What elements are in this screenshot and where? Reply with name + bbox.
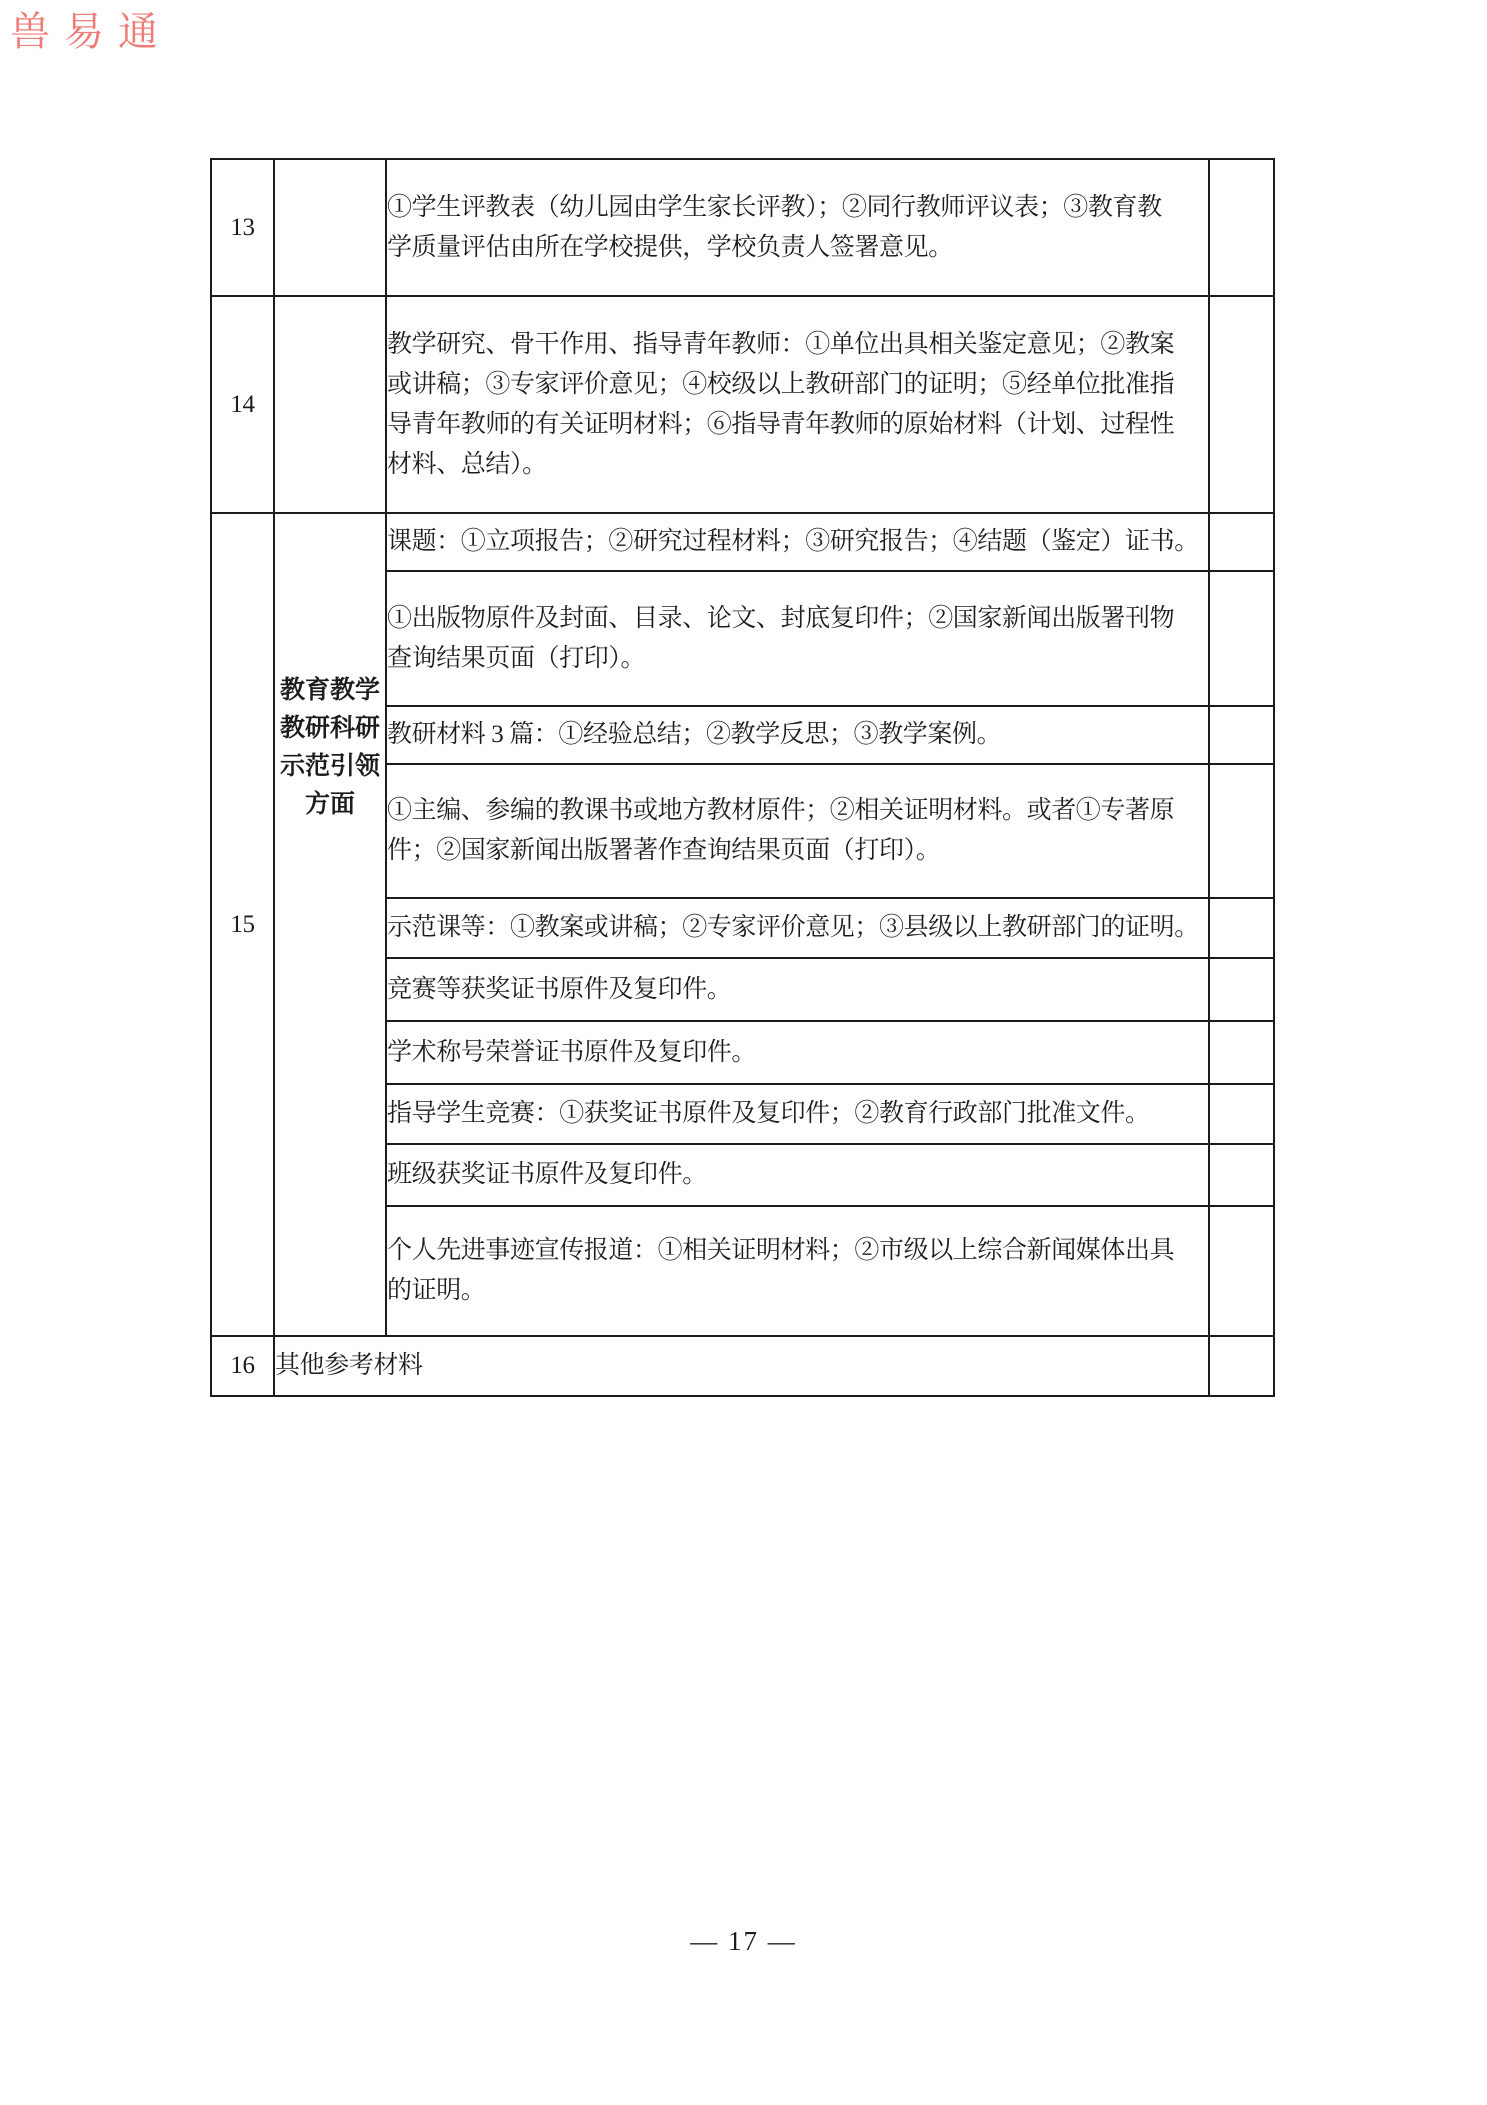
row-15-index: 15 (211, 513, 274, 1336)
row-13-materials-cell: ①学生评教表（幼儿园由学生家长评教）；②同行教师评议表；③教育教 学质量评估由所… (386, 159, 1209, 296)
row-14-category-cell-empty (274, 296, 386, 513)
row-15-item-6-cell: 竞赛等获奖证书原件及复印件。 (386, 958, 1209, 1021)
row-15-item-1-text: 课题：①立项报告；②研究过程材料；③研究报告；④结题（鉴定）证书。 (387, 522, 1208, 562)
table-row-16: 16 其他参考材料 (211, 1336, 1274, 1396)
row-13-category-cell-empty (274, 159, 386, 296)
row-13-check-cell-empty (1209, 159, 1274, 296)
row-15-item-9-text: 班级获奖证书原件及复印件。 (387, 1155, 1208, 1195)
row-15-item-1-check-cell-empty (1209, 513, 1274, 571)
table-row-14: 14 教学研究、骨干作用、指导青年教师：①单位出具相关鉴定意见；②教案 或讲稿；… (211, 296, 1274, 513)
row-15-category-label: 教育教学 教研科研 示范引领 方面 (275, 672, 385, 824)
row-15-item-2-check-cell-empty (1209, 571, 1274, 706)
row-15-item-5-text: 示范课等：①教案或讲稿；②专家评价意见；③县级以上教研部门的证明。 (387, 908, 1208, 948)
document-page: 兽易通 13 ①学生评教表（幼儿园由学生家长评教）；②同行教师评议表；③教育教 … (0, 0, 1487, 2105)
row-15-item-5-check-cell-empty (1209, 898, 1274, 958)
row-15-item-8-text: 指导学生竞赛：①获奖证书原件及复印件；②教育行政部门批准文件。 (387, 1094, 1208, 1134)
row-15-item-10-cell: 个人先进事迹宣传报道：①相关证明材料；②市级以上综合新闻媒体出具 的证明。 (386, 1206, 1209, 1336)
row-15-item-10-check-cell-empty (1209, 1206, 1274, 1336)
row-16-index: 16 (211, 1336, 274, 1396)
row-15-item-2-text: ①出版物原件及封面、目录、论文、封底复印件；②国家新闻出版署刊物 查询结果页面（… (387, 599, 1208, 679)
row-15-item-3-cell: 教研材料 3 篇：①经验总结；②教学反思；③教学案例。 (386, 706, 1209, 764)
row-14-index: 14 (211, 296, 274, 513)
row-15-item-1-cell: 课题：①立项报告；②研究过程材料；③研究报告；④结题（鉴定）证书。 (386, 513, 1209, 571)
table-row-13: 13 ①学生评教表（幼儿园由学生家长评教）；②同行教师评议表；③教育教 学质量评… (211, 159, 1274, 296)
row-15-item-8-check-cell-empty (1209, 1084, 1274, 1144)
row-15-item-6-text: 竞赛等获奖证书原件及复印件。 (387, 970, 1208, 1010)
row-15-item-4-text: ①主编、参编的教课书或地方教材原件；②相关证明材料。或者①专著原 件；②国家新闻… (387, 791, 1208, 871)
row-15-item-8-cell: 指导学生竞赛：①获奖证书原件及复印件；②教育行政部门批准文件。 (386, 1084, 1209, 1144)
row-16-materials-cell: 其他参考材料 (274, 1336, 1209, 1396)
row-14-materials-text: 教学研究、骨干作用、指导青年教师：①单位出具相关鉴定意见；②教案 或讲稿；③专家… (387, 325, 1208, 485)
row-15-item-7-check-cell-empty (1209, 1021, 1274, 1084)
row-16-check-cell-empty (1209, 1336, 1274, 1396)
row-15-item-5-cell: 示范课等：①教案或讲稿；②专家评价意见；③县级以上教研部门的证明。 (386, 898, 1209, 958)
row-16-materials-text: 其他参考材料 (275, 1346, 1208, 1386)
row-15-item-2-cell: ①出版物原件及封面、目录、论文、封底复印件；②国家新闻出版署刊物 查询结果页面（… (386, 571, 1209, 706)
page-number: — 17 — (0, 1926, 1487, 1957)
row-15-item-4-check-cell-empty (1209, 764, 1274, 898)
table-row-15-sub-1: 15 教育教学 教研科研 示范引领 方面 课题：①立项报告；②研究过程材料；③研… (211, 513, 1274, 571)
row-13-materials-text: ①学生评教表（幼儿园由学生家长评教）；②同行教师评议表；③教育教 学质量评估由所… (387, 188, 1208, 268)
row-15-item-10-text: 个人先进事迹宣传报道：①相关证明材料；②市级以上综合新闻媒体出具 的证明。 (387, 1231, 1208, 1311)
materials-table: 13 ①学生评教表（幼儿园由学生家长评教）；②同行教师评议表；③教育教 学质量评… (210, 158, 1275, 1397)
row-15-item-6-check-cell-empty (1209, 958, 1274, 1021)
row-14-materials-cell: 教学研究、骨干作用、指导青年教师：①单位出具相关鉴定意见；②教案 或讲稿；③专家… (386, 296, 1209, 513)
row-15-item-3-check-cell-empty (1209, 706, 1274, 764)
row-15-item-7-text: 学术称号荣誉证书原件及复印件。 (387, 1033, 1208, 1073)
row-14-check-cell-empty (1209, 296, 1274, 513)
row-15-item-9-cell: 班级获奖证书原件及复印件。 (386, 1144, 1209, 1206)
watermark-logo-text: 兽易通 (10, 0, 172, 57)
row-13-index: 13 (211, 159, 274, 296)
row-15-item-4-cell: ①主编、参编的教课书或地方教材原件；②相关证明材料。或者①专著原 件；②国家新闻… (386, 764, 1209, 898)
row-15-item-9-check-cell-empty (1209, 1144, 1274, 1206)
row-15-item-7-cell: 学术称号荣誉证书原件及复印件。 (386, 1021, 1209, 1084)
row-15-category-cell: 教育教学 教研科研 示范引领 方面 (274, 513, 386, 1336)
row-15-item-3-text: 教研材料 3 篇：①经验总结；②教学反思；③教学案例。 (387, 715, 1208, 755)
